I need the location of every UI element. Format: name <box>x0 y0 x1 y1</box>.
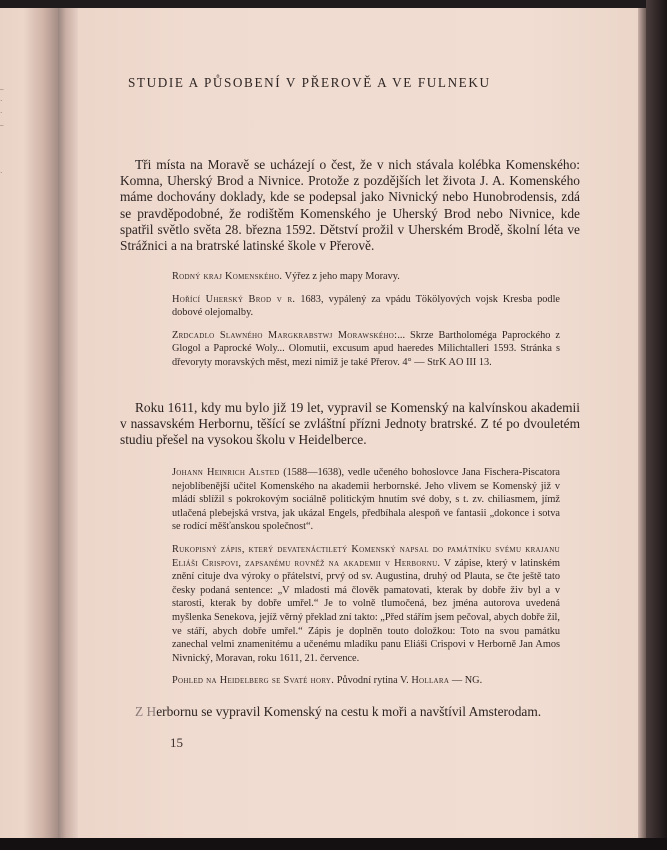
scan-border-right <box>646 0 667 850</box>
caption-group-2: Johann Heinrich Alsted (1588—1638), vedl… <box>172 466 560 697</box>
caption-author: Hollara <box>411 675 449 686</box>
page-edge-shadow <box>638 8 646 838</box>
chapter-heading: STUDIE A PŮSOBENÍ V PŘEROVĚ A VE FULNEKU <box>128 75 568 91</box>
caption-uhersky-brod: Hořící Uherský Brod v r. 1683, vypálený … <box>172 293 560 320</box>
book-spine-shadow <box>58 8 78 840</box>
paragraph-text: Roku 1611, kdy mu bylo již 19 let, vypra… <box>120 400 580 449</box>
body-paragraph-2: Roku 1611, kdy mu bylo již 19 let, vypra… <box>120 400 580 449</box>
caption-text: Výřez z jeho mapy Moravy. <box>282 271 400 282</box>
caption-title: Hořící Uherský Brod v r. <box>172 294 295 305</box>
caption-title: Rodný kraj Komenského. <box>172 271 282 282</box>
caption-alsted: Johann Heinrich Alsted (1588—1638), vedl… <box>172 466 560 534</box>
scan-border-bottom <box>0 838 667 850</box>
paragraph-text: Tři místa na Moravě se ucházejí o čest, … <box>120 157 580 254</box>
caption-title: Pohled na Heidelberg se Svaté hory. <box>172 675 334 686</box>
caption-rodny-kraj: Rodný kraj Komenského. Výřez z jeho mapy… <box>172 270 560 284</box>
caption-title: Johann Heinrich Alsted <box>172 467 280 478</box>
body-paragraph-1: Tři místa na Moravě se ucházejí o čest, … <box>120 157 580 254</box>
caption-group-1: Rodný kraj Komenského. Výřez z jeho mapy… <box>172 270 560 379</box>
caption-title: Zrdcadlo Slawného Margkrabstwj Morawskéh… <box>172 330 397 341</box>
page-number: 15 <box>170 735 183 751</box>
faded-text: Z H <box>135 704 156 719</box>
caption-heidelberg: Pohled na Heidelberg se Svaté hory. Půvo… <box>172 674 560 688</box>
caption-text: V zápise, který v latinském znění cituje… <box>172 558 560 664</box>
facing-page-edge: –··–· <box>0 8 58 840</box>
caption-zrdcadlo: Zrdcadlo Slawného Margkrabstwj Morawskéh… <box>172 329 560 370</box>
caption-text: Původní rytina V. <box>334 675 411 686</box>
facing-page-text-fragments: –··–· <box>0 83 8 179</box>
paragraph-text: Z Herbornu se vypravil Komenský na cestu… <box>120 704 580 720</box>
body-paragraph-3: Z Herbornu se vypravil Komenský na cestu… <box>120 704 580 720</box>
caption-source: — NG. <box>449 675 482 686</box>
caption-rukopisny-zapis: Rukopisný zápis, který devatenáctiletý K… <box>172 543 560 665</box>
paragraph-text-rest: erbornu se vypravil Komenský na cestu k … <box>156 704 541 719</box>
